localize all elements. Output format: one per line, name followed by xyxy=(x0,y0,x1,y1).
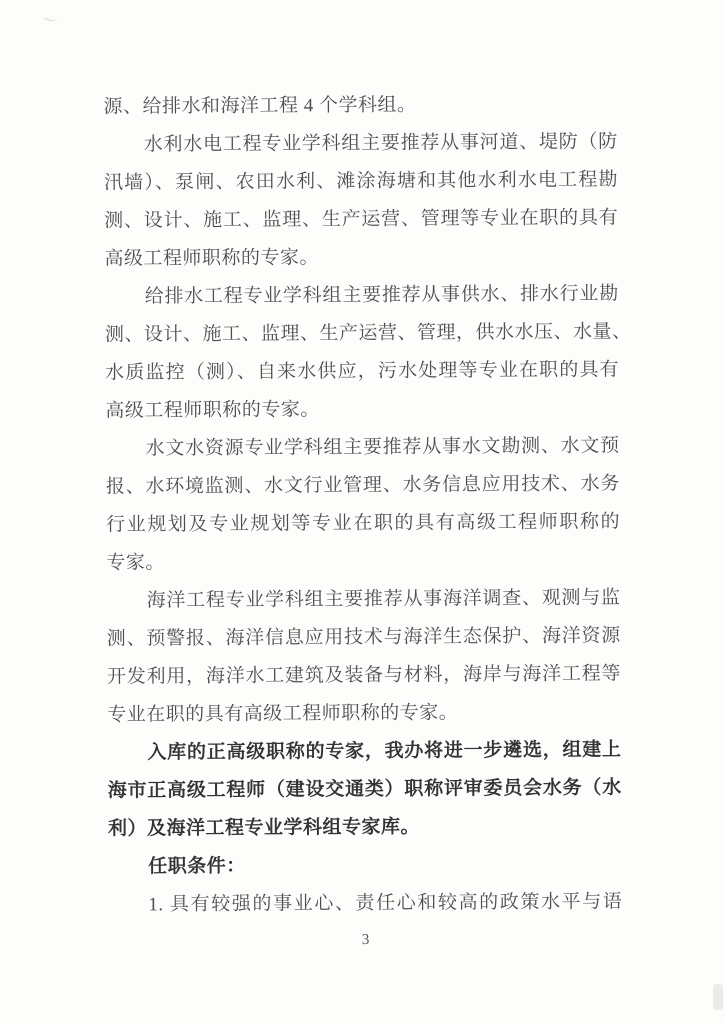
text-line: 行业规划及专业规划等专业在职的具有高级工程师职称的 xyxy=(106,503,620,544)
text-line: 海洋工程专业学科组主要推荐从事海洋调查、观测与监 xyxy=(106,579,620,620)
document-text-block: 源、给排水和海洋工程 4 个学科组。 水利水电工程专业学科组主要推荐从事河道、堤… xyxy=(103,85,622,924)
text-line: 水利水电工程专业学科组主要推荐从事河道、堤防（防 xyxy=(104,123,618,164)
text-line: 水文水资源专业学科组主要推荐从事水文勘测、水文预 xyxy=(105,427,619,468)
document-canvas: 源、给排水和海洋工程 4 个学科组。 水利水电工程专业学科组主要推荐从事河道、堤… xyxy=(0,0,725,1024)
text-line: 高级工程师职称的专家。 xyxy=(104,237,618,278)
text-line: 专家。 xyxy=(106,541,620,582)
section-heading: 任职条件： xyxy=(108,845,622,886)
text-line: 测、设计、施工、监理、生产运营、管理等专业在职的具有 xyxy=(104,199,618,240)
text-line: 源、给排水和海洋工程 4 个学科组。 xyxy=(103,85,617,126)
text-line: 水质监控（测）、自来水供应，污水处理等专业在职的具有 xyxy=(105,351,619,392)
page-number: 3 xyxy=(109,930,623,950)
text-line: 测、预警报、海洋信息应用技术与海洋生态保护、海洋资源 xyxy=(107,617,621,658)
scanned-document-page: 源、给排水和海洋工程 4 个学科组。 水利水电工程专业学科组主要推荐从事河道、堤… xyxy=(0,0,725,1024)
text-line: 测、设计、施工、监理、生产运营、管理，供水水压、水量、 xyxy=(105,313,619,354)
numbered-item-line: 1. 具有较强的事业心、责任心和较高的政策水平与语 xyxy=(108,883,622,924)
text-line: 给排水工程专业学科组主要推荐从事供水、排水行业勘 xyxy=(105,275,619,316)
text-line: 高级工程师职称的专家。 xyxy=(105,389,619,430)
text-line: 专业在职的具有高级工程师职称的专家。 xyxy=(107,693,621,734)
text-line-bold: 入库的正高级职称的专家，我办将进一步遴选，组建上 xyxy=(107,731,621,772)
text-line: 开发利用，海洋水工建筑及装备与材料，海岸与海洋工程等 xyxy=(107,655,621,696)
text-line-bold: 利）及海洋工程专业学科组专家库。 xyxy=(108,807,622,848)
text-line-bold: 海市正高级工程师（建设交通类）职称评审委员会水务（水 xyxy=(108,769,622,810)
text-line: 报、水环境监测、水文行业管理、水务信息应用技术、水务 xyxy=(106,465,620,506)
text-line: 汛墙）、泵闸、农田水利、滩涂海塘和其他水利水电工程勘 xyxy=(104,161,618,202)
